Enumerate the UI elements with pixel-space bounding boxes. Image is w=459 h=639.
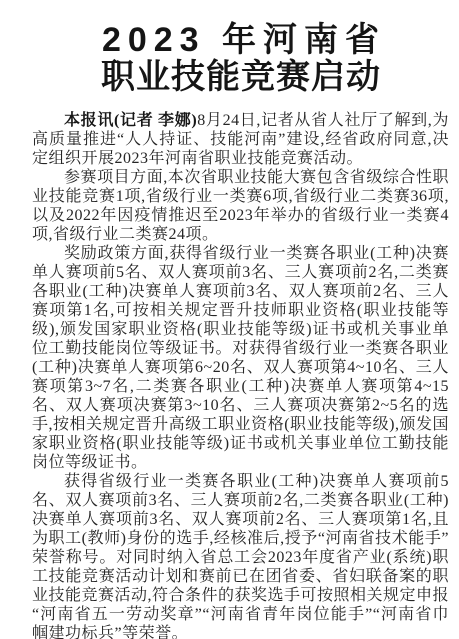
article-body: 本报讯(记者 李娜)8月24日,记者从省人社厅了解到,为高质量推进“人人持证、技… <box>0 111 459 639</box>
newspaper-clipping: 2023 年河南省 职业技能竞赛启动 本报讯(记者 李娜)8月24日,记者从省人… <box>0 0 459 639</box>
byline-lead: 本报讯(记者 李娜) <box>64 112 197 129</box>
paragraph-reward-policy: 奖励政策方面,获得省级行业一类赛各职业(工种)决赛单人赛项前5名、双人赛项前3名… <box>32 244 449 472</box>
paragraph-honor-titles: 获得省级行业一类赛各职业(工种)决赛单人赛项前5名、双人赛项前3名、三人赛项前2… <box>32 472 449 639</box>
headline-line-1: 2023 年河南省 <box>32 22 456 59</box>
article-headline: 2023 年河南省 职业技能竞赛启动 <box>32 22 449 96</box>
paragraph-competition-items: 参赛项目方面,本次省职业技能大赛包含省级综合性职业技能竞赛1项,省级行业一类赛6… <box>32 168 449 244</box>
headline-line-2: 职业技能竞赛启动 <box>32 59 450 96</box>
paragraph-intro: 本报讯(记者 李娜)8月24日,记者从省人社厅了解到,为高质量推进“人人持证、技… <box>32 111 449 168</box>
